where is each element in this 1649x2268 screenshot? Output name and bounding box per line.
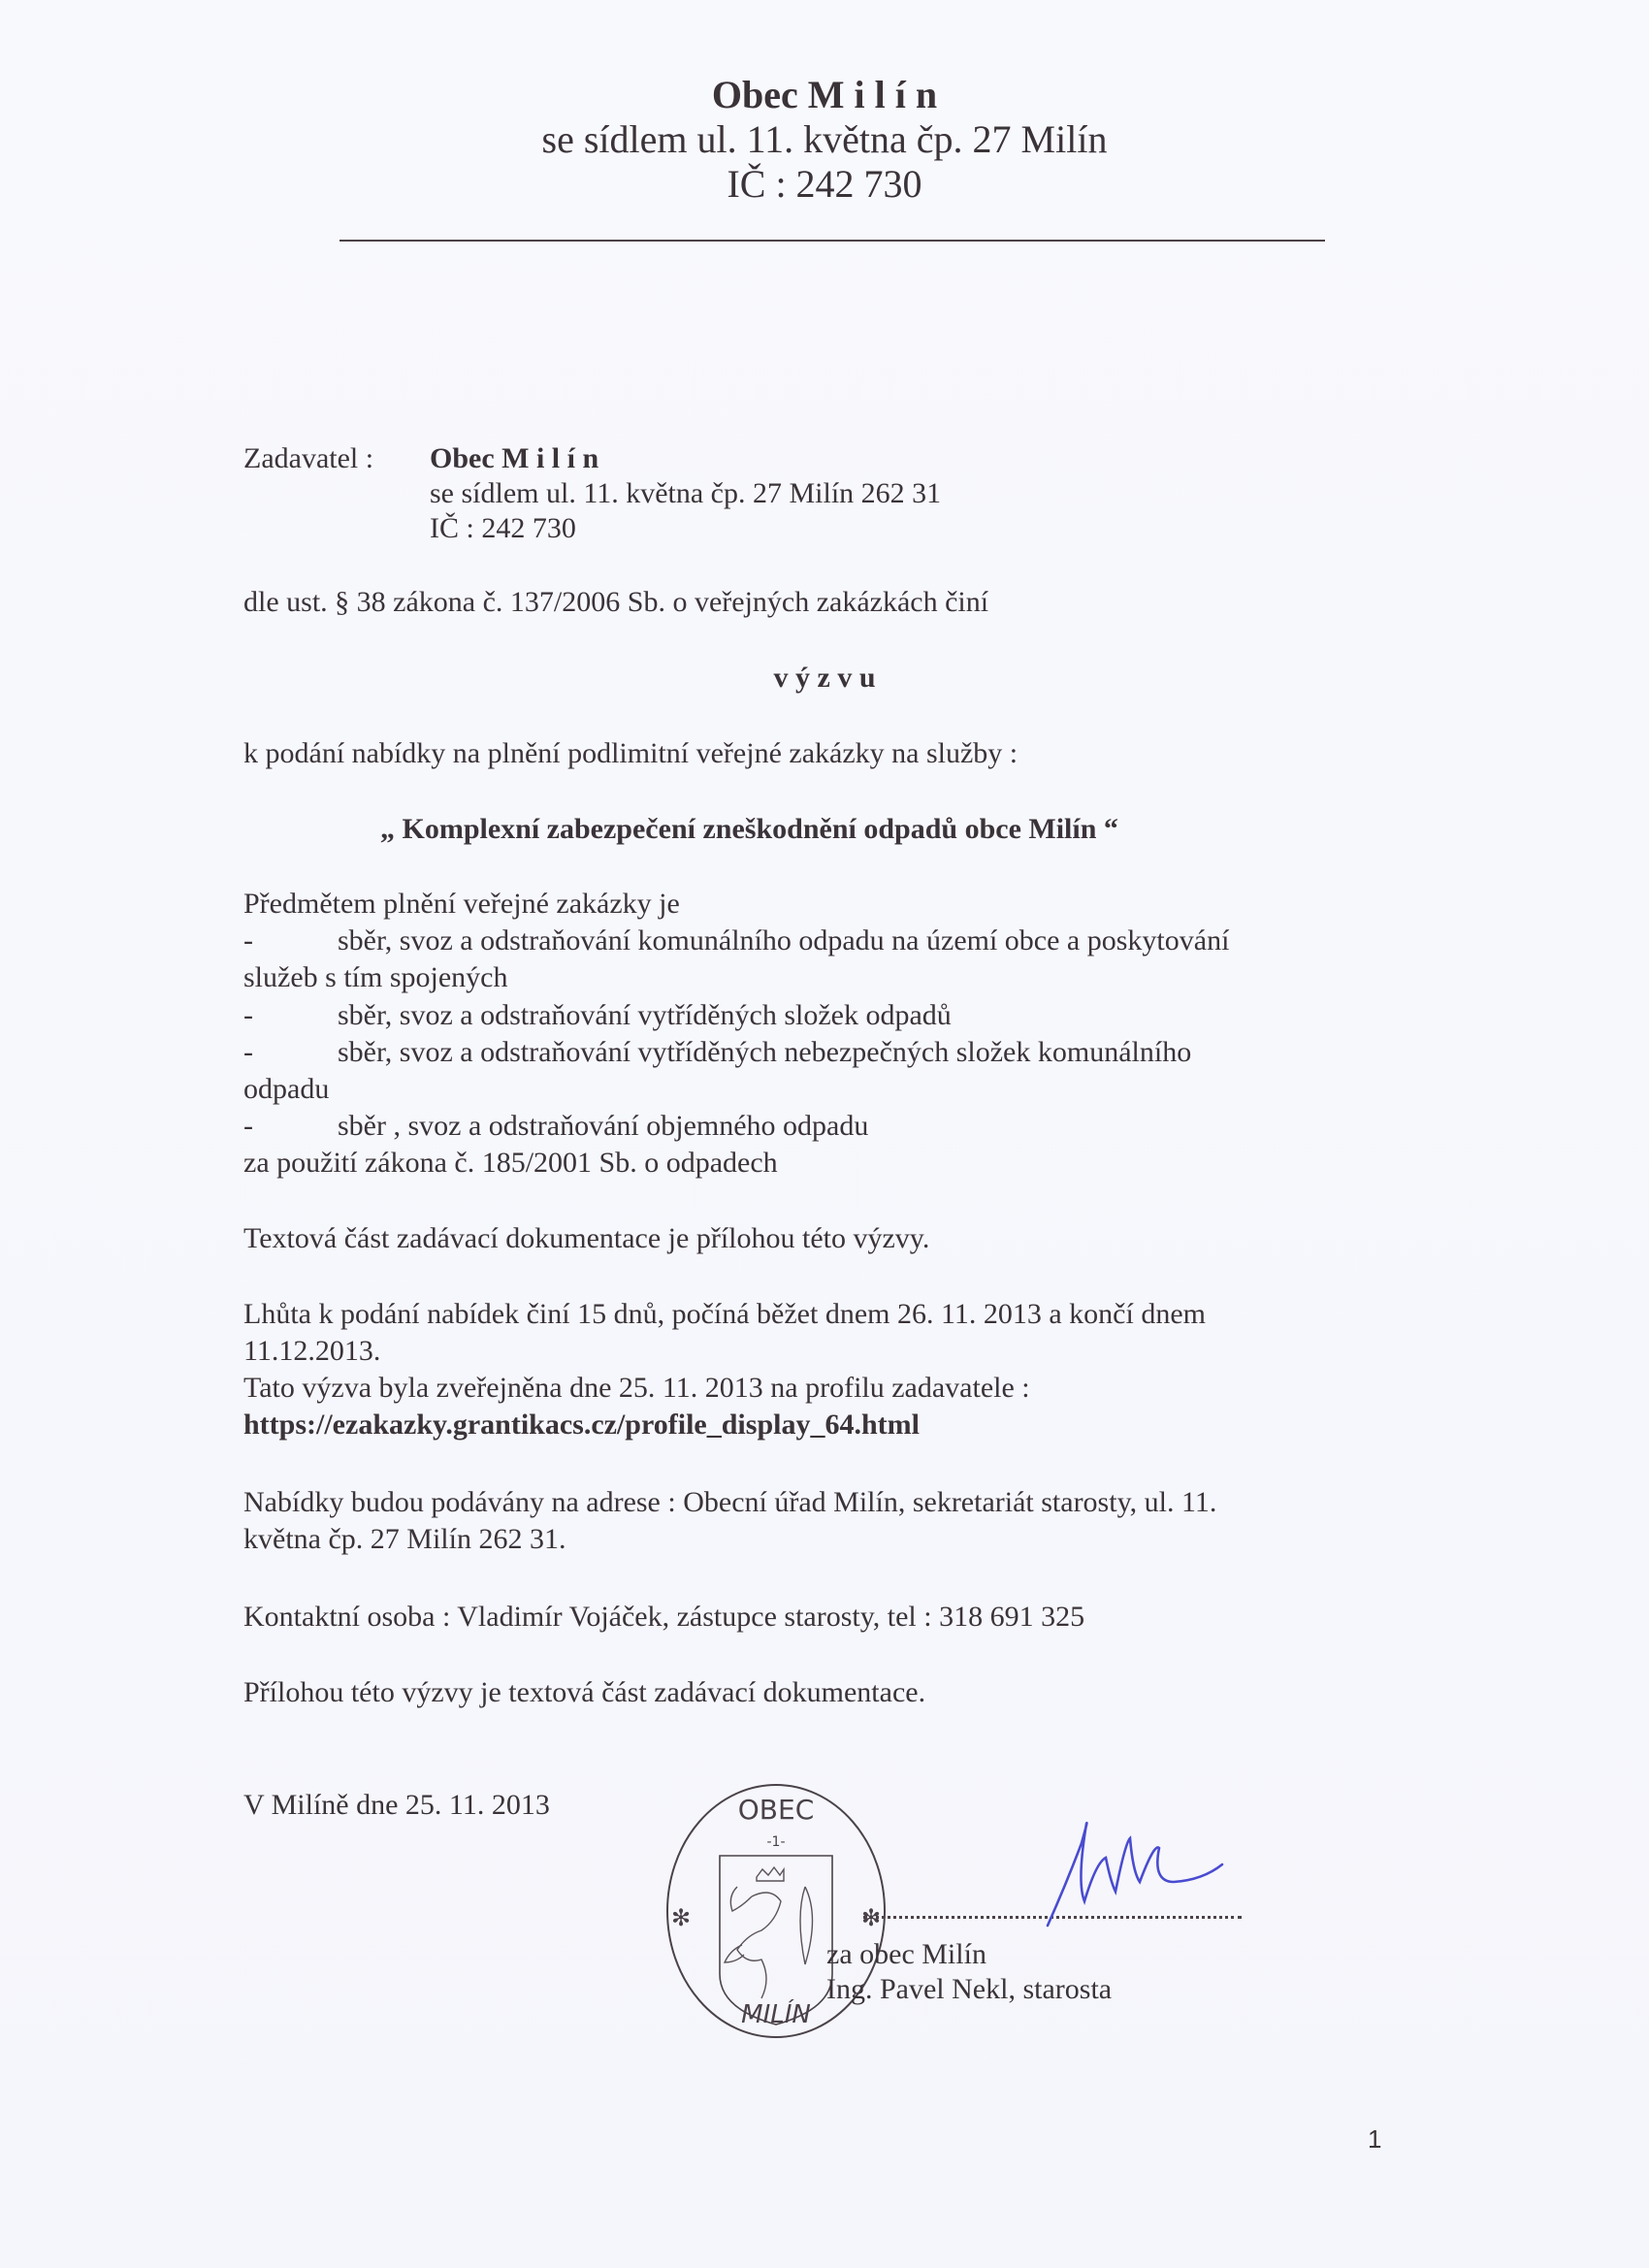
call-heading: v ý z v u [0, 664, 1649, 693]
svg-text:MILÍN: MILÍN [741, 1998, 811, 2029]
svg-text:OBEC: OBEC [738, 1794, 815, 1826]
place-date: V Milíně dne 25. 11. 2013 [243, 1791, 550, 1820]
contact-person: Kontaktní osoba : Vladimír Vojáček, zást… [243, 1603, 1084, 1632]
deadline-line2: 11.12.2013. [243, 1337, 380, 1366]
page-number: 1 [1368, 2124, 1381, 2155]
lion-emblem-icon [725, 1867, 813, 1998]
submission-line1: Nabídky budou podávány na adrese : Obecn… [243, 1488, 1216, 1517]
client-name: Obec M i l í n [430, 444, 598, 473]
letterhead-address: se sídlem ul. 11. května čp. 27 Milín [0, 120, 1649, 159]
contract-title: „ Komplexní zabezpečení zneškodnění odpa… [380, 815, 1118, 844]
letterhead-divider [339, 240, 1325, 242]
submission-line2: května čp. 27 Milín 262 31. [243, 1525, 566, 1554]
client-address: se sídlem ul. 11. května čp. 27 Milín 26… [430, 479, 941, 508]
call-intro: k podání nabídky na plnění podlimitní ve… [243, 739, 1018, 768]
bullet-dash: - [243, 1001, 253, 1030]
bullet-dash: - [243, 926, 253, 956]
subject-item-3: sběr, svoz a odstraňování vytříděných ne… [338, 1038, 1191, 1067]
profile-url[interactable]: https://ezakazky.grantikacs.cz/profile_d… [243, 1410, 920, 1440]
bullet-dash: - [243, 1038, 253, 1067]
subject-law: za použití zákona č. 185/2001 Sb. o odpa… [243, 1149, 778, 1178]
client-ico: IČ : 242 730 [430, 514, 576, 543]
attachment-final: Přílohou této výzvy je textová část zadá… [243, 1678, 925, 1707]
attachment-note: Textová část zadávací dokumentace je pří… [243, 1224, 929, 1253]
subject-item-3-cont: odpadu [243, 1075, 329, 1104]
signatory-for: za obec Milín [826, 1940, 986, 1969]
published-note: Tato výzva byla zveřejněna dne 25. 11. 2… [243, 1374, 1030, 1403]
bullet-dash: - [243, 1112, 253, 1141]
client-label: Zadavatel : [243, 444, 373, 473]
subject-item-2: sběr, svoz a odstraňování vytříděných sl… [338, 1001, 952, 1030]
legal-basis: dle ust. § 38 zákona č. 137/2006 Sb. o v… [243, 588, 988, 617]
handwritten-signature [1028, 1804, 1242, 1930]
subject-item-1: sběr, svoz a odstraňování komunálního od… [338, 926, 1229, 956]
subject-item-1-cont: služeb s tím spojených [243, 963, 507, 992]
letterhead-ico: IČ : 242 730 [0, 165, 1649, 204]
signatory-name: Ing. Pavel Nekl, starosta [826, 1975, 1112, 2004]
letterhead-title: Obec M i l í n [0, 76, 1649, 114]
deadline-line1: Lhůta k podání nabídek činí 15 dnů, počí… [243, 1300, 1206, 1329]
svg-text:-1-: -1- [766, 1834, 785, 1850]
svg-text:✻: ✻ [671, 1904, 691, 1931]
subject-intro: Předmětem plnění veřejné zakázky je [243, 890, 680, 919]
document-page: Obec M i l í n se sídlem ul. 11. května … [0, 0, 1649, 2268]
subject-item-4: sběr , svoz a odstraňování objemného odp… [338, 1112, 868, 1141]
